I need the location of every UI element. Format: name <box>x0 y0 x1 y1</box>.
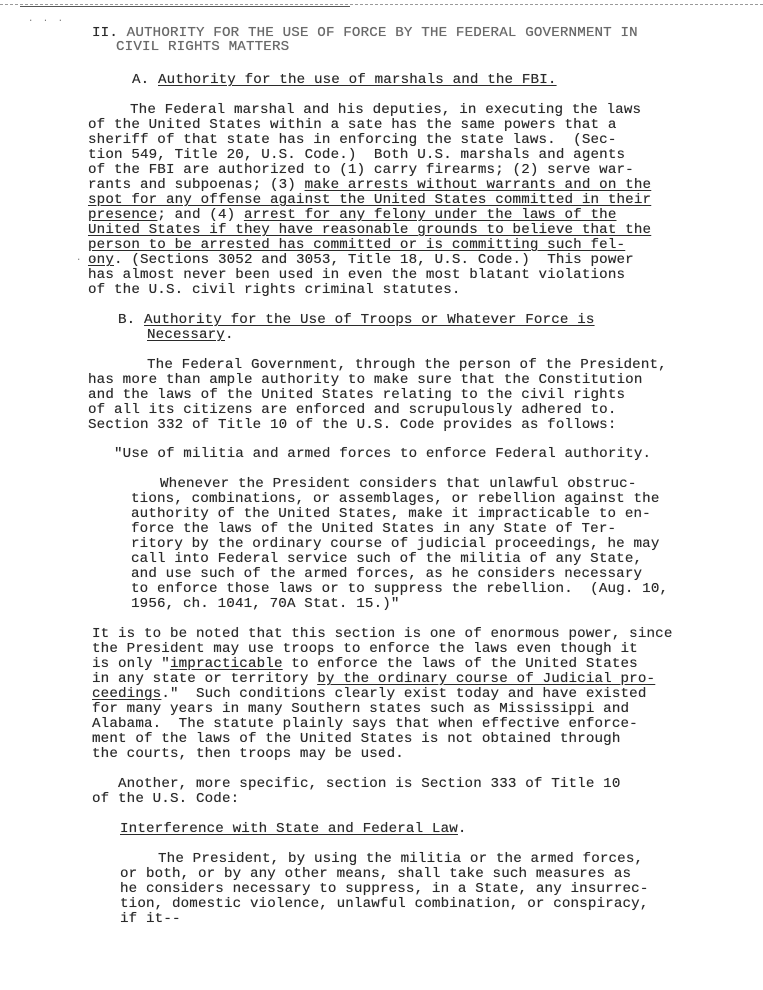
quote-section-332-title: "Use of militia and armed forces to enfo… <box>114 447 651 462</box>
subsection-b-title: Authority for the Use of Troops or Whate… <box>144 312 595 328</box>
heading-number: II. <box>92 25 118 41</box>
subsection-b-heading: B. Authority for the Use of Troops or Wh… <box>118 313 595 328</box>
page-top-rule <box>20 6 350 7</box>
page-top-edge <box>0 4 763 5</box>
quote-section-333-title: Interference with State and Federal Law. <box>120 822 467 837</box>
subsection-a-heading: A. Authority for the use of marshals and… <box>132 73 557 88</box>
margin-mark: · · · <box>28 16 65 26</box>
subsection-a-title: Authority for the use of marshals and th… <box>158 72 557 88</box>
heading-line2: CIVIL RIGHTS MATTERS <box>116 40 289 55</box>
